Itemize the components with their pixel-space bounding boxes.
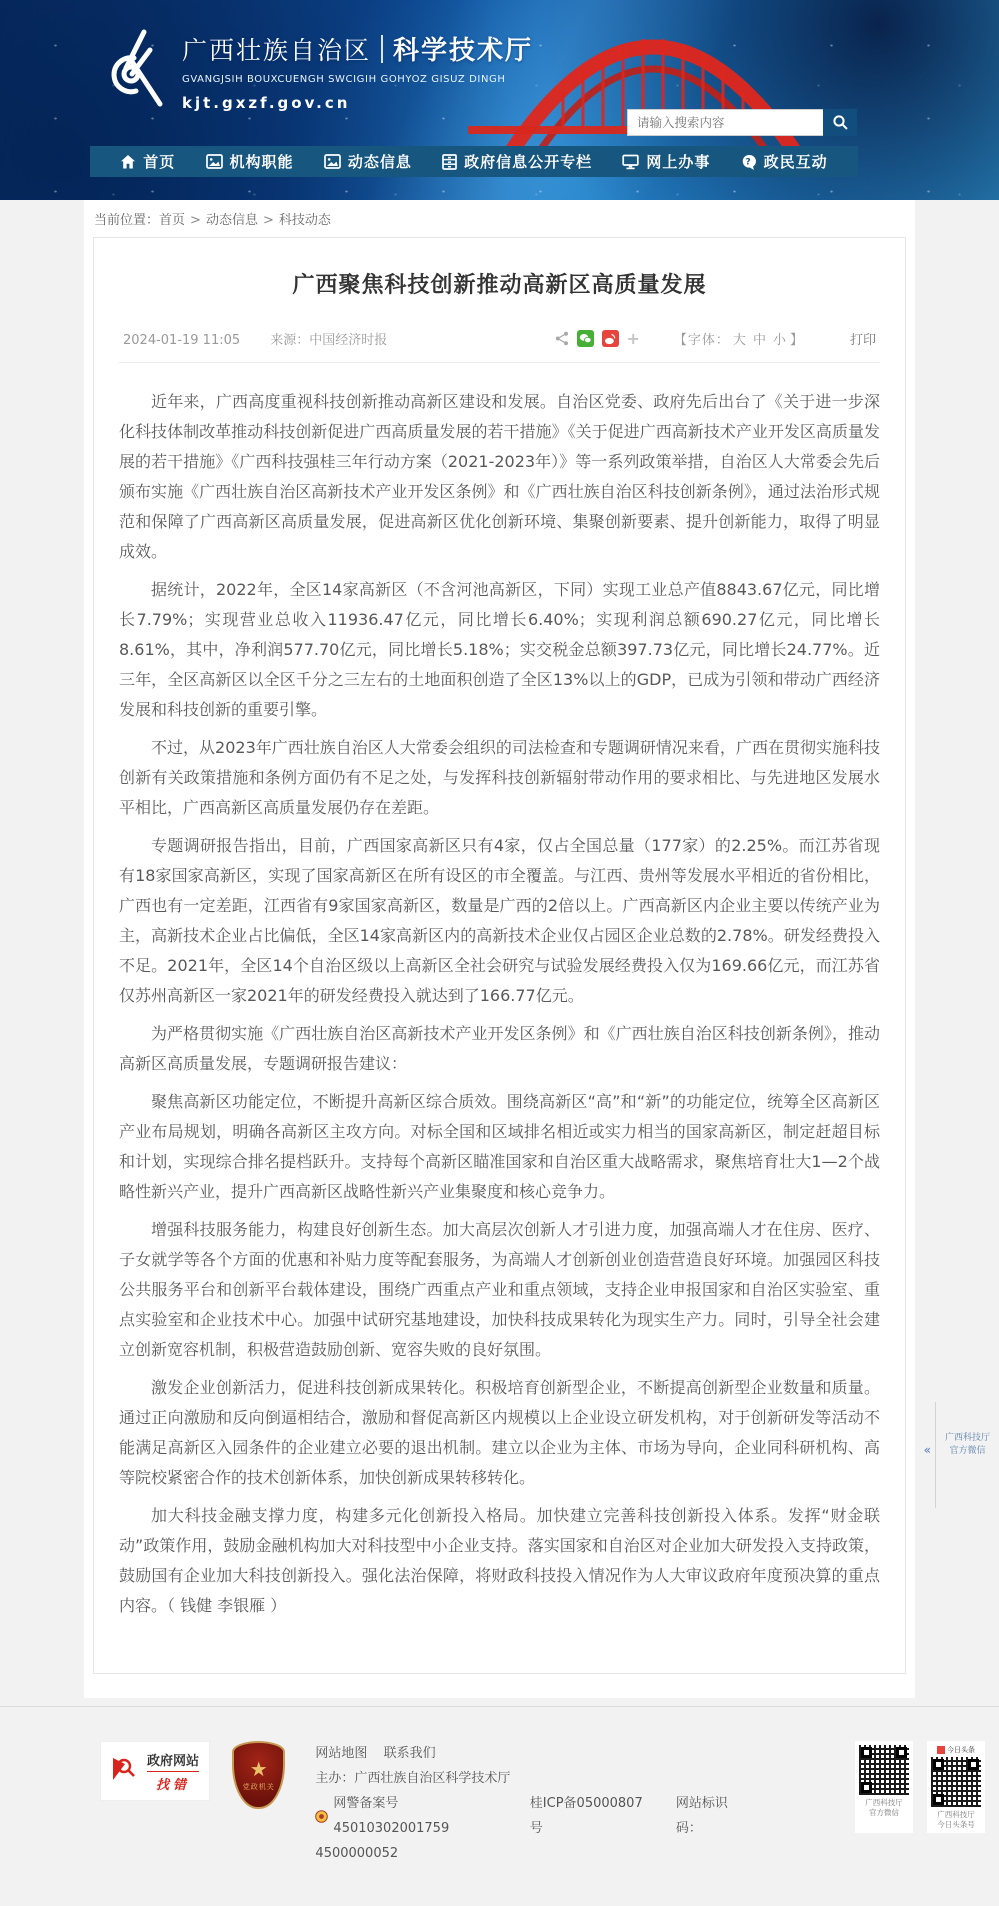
qr-image: [859, 1745, 909, 1795]
site-name-department: 科学技术厅: [393, 30, 533, 67]
nav-item-home[interactable]: 首页: [120, 151, 175, 172]
site-error-report-badge[interactable]: 政府网站 找错: [100, 1741, 210, 1801]
share-icon[interactable]: [555, 331, 569, 346]
footer-host: 主办：广西壮族自治区科学技术厅: [315, 1766, 777, 1791]
monitor-icon: [622, 154, 639, 170]
police-badge-icon: [315, 1810, 328, 1823]
widget-label-line2: 官方微信: [936, 1445, 999, 1458]
nav-item-label: 机构职能: [230, 151, 294, 172]
main-content: 当前位置：首页>动态信息>科技动态 广西聚焦科技创新推动高新区高质量发展 202…: [84, 200, 915, 1698]
site-name-zhuang: GVANGJSIH BOUXCUENGH SWCIGIH GOHYOZ GISU…: [182, 74, 533, 85]
error-badge-line1: 政府网站: [147, 1750, 199, 1772]
error-badge-line2: 找错: [147, 1774, 199, 1793]
site-name-region: 广西壮族自治区: [182, 31, 371, 67]
svg-text:?: ?: [745, 157, 751, 167]
article-paragraph: 聚焦高新区功能定位，不断提升高新区综合质效。围绕高新区“高”和“新”的功能定位，…: [119, 1087, 880, 1207]
emblem-label: 党政机关: [243, 1782, 275, 1792]
picture-icon: [324, 154, 341, 169]
main-navigation: 首页 机构职能 动态信息 政府信息公开专栏 网上办事: [90, 146, 858, 177]
nav-item-interaction[interactable]: ? 政民互动: [741, 151, 828, 172]
brand-divider: [381, 35, 383, 63]
chat-question-icon: ?: [741, 154, 757, 170]
toutiao-logo-icon: [937, 1746, 945, 1754]
article-title: 广西聚焦科技创新推动高新区高质量发展: [119, 268, 880, 299]
search-input[interactable]: [627, 109, 823, 136]
nav-item-label: 网上办事: [646, 151, 710, 172]
footer-qr-codes: 广西科技厅 官方微信 今日头条 广西科技厅 今日头条号: [855, 1741, 999, 1833]
widget-label-line1: 广西科技厅: [936, 1432, 999, 1445]
wechat-qr-code: 广西科技厅 官方微信: [855, 1741, 913, 1833]
footer-site-code-value: 4500000052: [315, 1841, 777, 1866]
nav-item-gov-info[interactable]: 政府信息公开专栏: [442, 151, 592, 172]
breadcrumb-separator: >: [190, 213, 201, 228]
font-small-button[interactable]: 小: [773, 333, 787, 348]
breadcrumb-current[interactable]: 科技动态: [279, 213, 331, 228]
home-icon: [120, 154, 136, 170]
weibo-share-icon[interactable]: [602, 330, 619, 347]
qr-caption: 今日头条号: [931, 1820, 981, 1830]
font-label: 】: [790, 333, 804, 348]
article-meta: 2024-01-19 11:05 来源：中国经济时报 + 【字体：大中小】 打印: [119, 329, 880, 363]
article-paragraph: 据统计，2022年，全区14家高新区（不含河池高新区，下同）实现工业总产值884…: [119, 575, 880, 725]
footer-info: 网站地图 联系我们 主办：广西壮族自治区科学技术厅 网警备案号450103020…: [315, 1741, 777, 1866]
breadcrumb-prefix: 当前位置：: [94, 213, 159, 228]
nav-item-online-services[interactable]: 网上办事: [622, 151, 710, 172]
site-brand: 广西壮族自治区 科学技术厅 GVANGJSIH BOUXCUENGH SWCIG…: [182, 30, 533, 112]
breadcrumb-section[interactable]: 动态信息: [206, 213, 258, 228]
article-source: 来源：中国经济时报: [270, 333, 387, 348]
nav-item-org-functions[interactable]: 机构职能: [206, 151, 294, 172]
archive-icon: [442, 154, 457, 170]
article-paragraph: 为严格贯彻实施《广西壮族自治区高新技术产业开发区条例》和《广西壮族自治区科技创新…: [119, 1019, 880, 1079]
article-paragraph: 不过，从2023年广西壮族自治区人大常委会组织的司法检查和专题调研情况来看，广西…: [119, 733, 880, 823]
article-body: 近年来，广西高度重视科技创新推动高新区建设和发展。自治区党委、政府先后出台了《关…: [119, 387, 880, 1621]
breadcrumb-home[interactable]: 首页: [159, 213, 185, 228]
article-paragraph: 增强科技服务能力，构建良好创新生态。加大高层次创新人才引进力度，加强高端人才在住…: [119, 1215, 880, 1365]
nav-item-label: 首页: [143, 151, 175, 172]
article-date: 2024-01-19 11:05: [123, 333, 240, 348]
site-logo-icon: [98, 24, 174, 116]
search-icon: [832, 114, 849, 131]
qr-image: [931, 1757, 981, 1807]
floating-wechat-widget[interactable]: 广西科技厅 官方微信: [935, 1402, 999, 1508]
font-label: 【字体：: [674, 333, 730, 348]
qr-caption: 广西科技厅: [859, 1798, 909, 1808]
qr-caption: 广西科技厅: [931, 1810, 981, 1820]
article-paragraph: 专题调研报告指出，目前，广西国家高新区只有4家，仅占全国总量（177家）的2.2…: [119, 831, 880, 1011]
print-button[interactable]: 打印: [850, 329, 876, 348]
picture-icon: [206, 154, 223, 169]
footer-link-contact[interactable]: 联系我们: [384, 1746, 436, 1761]
widget-collapse-handle[interactable]: «: [924, 1444, 931, 1456]
page-footer: 政府网站 找错 ★ 党政机关 网站地图 联系我们 主办：广西壮族自治区科学技术厅…: [0, 1706, 999, 1906]
site-search: [627, 109, 857, 136]
site-url: kjt.gxzf.gov.cn: [182, 94, 533, 112]
nav-item-news[interactable]: 动态信息: [324, 151, 412, 172]
font-large-button[interactable]: 大: [733, 333, 747, 348]
wechat-share-icon[interactable]: [577, 330, 594, 347]
footer-site-code-label: 网站标识码：: [676, 1791, 749, 1841]
font-medium-button[interactable]: 中: [753, 333, 767, 348]
article-paragraph: 激发企业创新活力，促进科技创新成果转化。积极培育创新型企业，不断提高创新型企业数…: [119, 1373, 880, 1493]
qr-header: 今日头条: [947, 1745, 975, 1755]
article-container: 广西聚焦科技创新推动高新区高质量发展 2024-01-19 11:05 来源：中…: [93, 237, 906, 1674]
breadcrumb: 当前位置：首页>动态信息>科技动态: [84, 200, 915, 235]
site-banner: 广西壮族自治区 科学技术厅 GVANGJSIH BOUXCUENGH SWCIG…: [0, 0, 999, 200]
font-size-control: 【字体：大中小】: [674, 329, 804, 348]
toutiao-qr-code: 今日头条 广西科技厅 今日头条号: [927, 1741, 985, 1833]
magnifier-icon: [111, 1754, 141, 1788]
footer-link-sitemap[interactable]: 网站地图: [315, 1746, 367, 1761]
nav-item-label: 动态信息: [348, 151, 412, 172]
search-button[interactable]: [823, 109, 857, 136]
qr-caption: 官方微信: [859, 1808, 909, 1818]
emblem-star-icon: ★: [250, 1759, 268, 1779]
nav-item-label: 政府信息公开专栏: [464, 151, 592, 172]
article-paragraph: 加大科技金融支撑力度，构建多元化创新投入格局。加快建立完善科技创新投入体系。发挥…: [119, 1501, 880, 1621]
nav-item-label: 政民互动: [764, 151, 828, 172]
article-paragraph: 近年来，广西高度重视科技创新推动高新区建设和发展。自治区党委、政府先后出台了《关…: [119, 387, 880, 567]
gov-emblem-badge[interactable]: ★ 党政机关: [232, 1741, 285, 1809]
footer-police-number: 网警备案号45010302001759: [333, 1791, 501, 1841]
more-share-icon[interactable]: +: [627, 329, 640, 348]
breadcrumb-separator: >: [263, 213, 274, 228]
footer-icp-number: 桂ICP备05000807号: [530, 1791, 648, 1841]
